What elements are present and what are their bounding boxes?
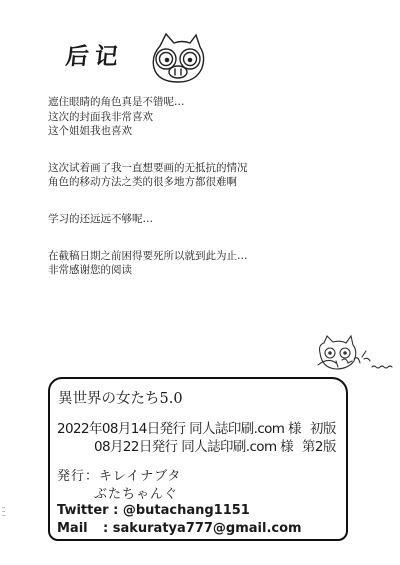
edition-printer: 同人誌印刷.com 様 [181, 439, 293, 455]
separator: : [109, 503, 123, 518]
note-line: 这次的封面我非常喜欢 [48, 110, 248, 125]
edition-row-first: 2022年08月14日発行 同人誌印刷.com 様 [57, 417, 301, 437]
edition-label: 初版 [310, 417, 336, 437]
note-line: 角色的移动方法之类的很多地方都很难啊 [48, 175, 248, 190]
edition-row-second: 08月22日発行 同人誌印刷.com 様 [94, 435, 293, 455]
publisher-author: ぶたちゃんぐ [94, 483, 178, 502]
note-line: 学习的还远远不够呢… [48, 212, 248, 227]
note-line: 在截稿日期之前困得要死所以就到此为止… [48, 249, 248, 264]
mail-row: Mail: sakuratya777@gmail.com [57, 521, 302, 536]
edition-label: 第2版 [302, 435, 336, 455]
book-title: 異世界の女たち5.0 [58, 387, 183, 408]
twitter-handle[interactable]: @butachang1151 [123, 503, 250, 518]
publisher-row: 発行：キレイナブタ [57, 465, 181, 484]
mail-address[interactable]: sakuratya777@gmail.com [113, 521, 302, 536]
note-line: 这次试着画了我一直想要画的无抵抗的情况 [48, 161, 248, 176]
note-line: 这个姐姐我也喜欢 [48, 124, 248, 139]
afterword-notes: 遮住眼睛的角色真是不错呢… 这次的封面我非常喜欢 这个姐姐我也喜欢 这次试着画了… [48, 95, 248, 278]
edition-date: 08月22日発行 [94, 439, 178, 455]
mail-label: Mail [57, 521, 103, 536]
note-line: 非常感谢您的阅读 [48, 263, 248, 278]
afterword-heading: 后记 [64, 38, 125, 71]
separator: : [103, 521, 113, 536]
twitter-row: Twitter : @butachang1151 [57, 503, 250, 518]
pig-face-icon [150, 32, 206, 86]
pig-signature-icon [314, 333, 400, 375]
scan-mark-icon [1, 505, 7, 519]
colophon-box: 異世界の女たち5.0 2022年08月14日発行 同人誌印刷.com 様 初版 … [48, 377, 348, 541]
publisher-label: 発行： [57, 469, 99, 484]
twitter-label: Twitter [57, 503, 109, 518]
note-line: 遮住眼睛的角色真是不错呢… [48, 95, 248, 110]
publisher-circle: キレイナブタ [99, 469, 181, 484]
